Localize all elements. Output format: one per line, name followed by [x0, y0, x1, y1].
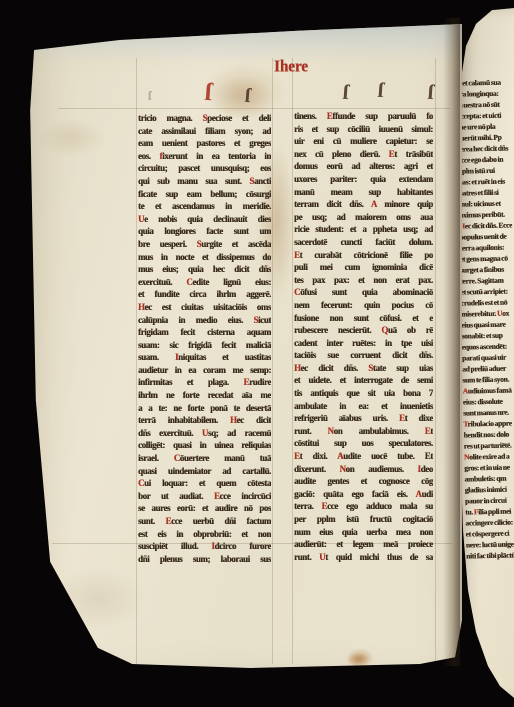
text-line: domus eorū ad alteros: agri et — [294, 160, 433, 173]
text-line: eam uenient pastores et greges — [138, 137, 271, 150]
rubricated-letter: A — [371, 199, 377, 209]
text-line: Hec est ciuitas uisitaciōis oms — [138, 301, 271, 314]
stain — [346, 648, 374, 668]
text-line: Et dixi. Audite uocē tube. Et — [294, 450, 433, 463]
text-line: ecce ego dabo in — [458, 153, 511, 165]
text-line: gros: et in uia ne — [464, 461, 514, 473]
text-line: eos. fixerunt in ea tentoria in — [138, 150, 271, 163]
text-line: taciōis sue corruent dicit dñs. — [294, 349, 433, 362]
ascender-flourish: ſ — [427, 82, 434, 103]
text-line: sacerdotē cuncti faciūt dolum. — [294, 236, 433, 249]
rubricated-letter: C — [186, 277, 192, 287]
ruling-line — [136, 58, 137, 664]
rubricated-letter: A — [463, 386, 468, 395]
rubricated-letter: E — [214, 491, 220, 501]
rubricated-letter: U — [138, 214, 144, 224]
text-line: infirmitas et plaga. Erudire — [138, 376, 271, 389]
text-line: est eis in obprobriū: et non — [138, 528, 271, 541]
text-line: refrigeriū aīabus uris. Et dixe — [294, 412, 433, 425]
text-line: puli mei cum ignominia dicē — [294, 261, 433, 274]
text-line: bor ut audiat. Ecce incircūci — [138, 490, 271, 503]
rubricated-letter: N — [464, 452, 469, 461]
rubricated-letter: Q — [381, 325, 388, 335]
rubricated-letter: U — [497, 309, 502, 318]
text-line: ris et sup cōciliū iuuenū simul: — [294, 123, 433, 136]
text-line: nem fecerunt: quin pocius cō — [294, 299, 433, 312]
text-line: bre uesperi. Surgite et ascēda — [138, 238, 271, 251]
rubricated-letter: S — [202, 113, 207, 123]
ruling-line — [272, 58, 273, 664]
text-line: nas: et ruēt in eis — [458, 175, 511, 187]
rubricated-letter: E — [294, 451, 300, 461]
rubricated-letter: S — [368, 363, 373, 373]
rubricated-letter: I — [418, 464, 421, 474]
text-line: tis antiquis que sit uia bona 7 — [294, 387, 433, 400]
rubricated-letter: I — [175, 352, 178, 362]
rubricated-letter: S — [249, 176, 254, 186]
text-line: audite gentes et cognosce cōg — [294, 475, 433, 488]
manuscript-page: Ihere ſ ſ ſ ſ ſ ſ tricio magna. Speciose… — [28, 24, 462, 692]
text-line: et fundite circa ihrlm aggerē. — [138, 288, 271, 301]
text-line: dñi plenus sum; laboraui sus — [138, 553, 271, 566]
text-line: frigidam fecit cisterna aquam — [138, 326, 271, 339]
ascender-flourish: ſ — [342, 82, 349, 103]
rubricated-letter: C — [138, 478, 144, 488]
rubricated-letter: C — [294, 287, 300, 297]
text-line: suam. Iniquitas et uastitas — [138, 351, 271, 364]
ascender-flourish: ſ — [244, 86, 251, 106]
rubricated-letter: E — [294, 250, 300, 260]
text-line: tes pax pax: et non erat pax. — [294, 274, 433, 287]
text-line: fusione non sunt cōfusi. et e — [294, 312, 433, 325]
text-line: et uidete. et interrogate de semi — [294, 374, 433, 387]
rubricated-letter: A — [337, 451, 343, 461]
text-line: runt. Ut quid michi thus de sa — [294, 551, 433, 564]
rubricated-letter: E — [327, 111, 333, 121]
text-line: calūpnia in medio eius. Sicut — [138, 314, 271, 327]
rubricated-letter: E — [425, 426, 431, 436]
text-line: Cōfusi sunt quia abominaciō — [294, 286, 433, 299]
text-line: Hec dicit dñs. State sup uias — [294, 362, 433, 375]
rubricated-letter: H — [294, 363, 301, 373]
text-line: audietur in ea coram me semp: — [138, 364, 271, 377]
text-line: Et curabāt cōtricionē filie po — [294, 249, 433, 262]
rubricated-letter: E — [244, 377, 250, 387]
text-line: populus uenit de — [459, 230, 512, 242]
pen-trial-mark: ſ — [148, 88, 152, 104]
text-line: tinens. Effunde sup paruulū fo — [294, 110, 433, 123]
text-line: runt. Non ambulabimus. Et — [294, 425, 433, 438]
text-line: israel. Cōuertere manū tuā — [138, 452, 271, 465]
rubricated-letter: S — [253, 315, 258, 325]
rubricated-letter: H — [230, 415, 237, 425]
rubricated-letter: U — [319, 552, 325, 562]
rubricated-letter: T — [463, 419, 467, 428]
text-line: per pplm istū fructū cogitaciō — [294, 513, 433, 526]
text-line: cate assimilaui filiam syon; ad — [138, 125, 271, 138]
text-line: niti fac tibi plāctū — [466, 549, 514, 561]
text-line: colligēt: quasi in uinea reliquias — [138, 439, 271, 452]
text-line: cadent inter ruētes: in tpe uisi — [294, 337, 433, 350]
text-line: manū meam sup habitantes — [294, 186, 433, 199]
rubricated-letter: E — [322, 501, 328, 511]
rubricated-letter: F — [474, 507, 478, 516]
manuscript-photo: ss: et calamū suarra longinqua:ta uestra… — [0, 0, 514, 707]
rubricated-letter: A — [416, 489, 422, 499]
rubricated-letter: I — [211, 541, 214, 551]
ruling-line — [435, 58, 436, 664]
text-line: equos ascendēt: — [462, 340, 514, 352]
decorated-initial-ascender: ſ — [204, 80, 213, 105]
rubricated-letter: N — [328, 426, 334, 436]
rubricated-letter: f — [160, 151, 163, 161]
text-line: mus in nocte et dissipemus do — [138, 251, 271, 264]
text-line: cōstitui sup uos speculatores. — [294, 437, 433, 450]
text-line: ihrlm ne forte recedat aīa me — [138, 389, 271, 402]
text-line: circuitu; pascet unusquisq; eos — [138, 162, 271, 175]
text-line: ricie student: et a ppheta usq; ad — [294, 223, 433, 236]
text-line: dixerunt. Non audiemus. Ideo — [294, 463, 433, 476]
text-line: pe usq; ad maiorem oms aua — [294, 211, 433, 224]
text-line: suam: sic frigidā fecit maliciā — [138, 339, 271, 352]
text-line: terram dicit dñs. A minore quip — [294, 198, 433, 211]
text-line: ficate sup eam bellum; cōsurgi — [138, 188, 271, 201]
text-line: Audiuimus famā — [462, 384, 514, 396]
rubricated-letter: S — [197, 239, 202, 249]
ruling-line — [58, 108, 450, 109]
text-line: exercituū. Cedite lignū eius: — [138, 276, 271, 289]
text-line: terrā inhabitabilem. Hec dicit — [138, 414, 271, 427]
running-title: Ihere — [274, 58, 308, 78]
text-column-right: tinens. Effunde sup paruulū foris et sup… — [294, 110, 433, 566]
text-line: gaciō: quāta ego faciā eis. Audi — [294, 488, 433, 501]
text-line: audierūt: et legem meā proiece — [294, 538, 433, 551]
text-line: mus eius; quia hec dicit dñs — [138, 263, 271, 276]
text-line: sunt. Ecce uerbū dñi factum — [138, 515, 271, 528]
text-line: uir eni cū muliere capietur: se — [294, 135, 433, 148]
text-line: suscipiēt illud. Idcirco furore — [138, 540, 271, 553]
text-line: Ue nobis quia declinauit dies — [138, 213, 271, 226]
text-line: quasi uindemiator ad cartallū. — [138, 465, 271, 478]
text-line: quia longiores facte sunt um — [138, 225, 271, 238]
text-line: num eius quia uerba mea non — [294, 526, 433, 539]
text-line: gladius inimici — [465, 483, 514, 495]
text-line: rubescere nescierūt. Quā ob rē — [294, 324, 433, 337]
text-line: uxores pariter: quia extendam — [294, 173, 433, 186]
text-line: terra. Ecce ego adduco mala su — [294, 500, 433, 513]
text-column-left: tricio magna. Speciose et delicate assim… — [138, 112, 271, 568]
text-line: nex cū pleno dierū. Et trāsibūt — [294, 148, 433, 161]
text-line: dñs exercituū. Usq; ad racemū — [138, 427, 271, 440]
ascender-flourish: ſ — [377, 80, 384, 101]
rubricated-letter: N — [339, 464, 345, 474]
text-line: qui sub manu sua sunt. Sancti — [138, 175, 271, 188]
rubricated-letter: C — [174, 453, 180, 463]
text-line: a a te: ne forte ponā te desertā — [138, 402, 271, 415]
rubricated-letter: E — [389, 149, 395, 159]
text-line: se aures eorū: et audire nō pos — [138, 502, 271, 515]
text-line: tricio magna. Speciose et deli — [138, 112, 271, 125]
rubricated-letter: E — [399, 413, 405, 423]
rubricated-letter: H — [138, 302, 145, 312]
facing-page-text-column: ss: et calamū suarra longinqua:ta uestra… — [456, 65, 514, 562]
rubricated-letter: E — [166, 516, 172, 526]
text-line: miserebitur. Uox — [461, 307, 514, 319]
text-line: et gens magna cō — [460, 252, 513, 264]
ruling-line — [292, 58, 293, 664]
rubricated-letter: U — [202, 428, 208, 438]
gutter-shadow — [443, 18, 460, 666]
text-line: Cui loquar: et quem cōtesta — [138, 477, 271, 490]
text-line: te et ascendamus in meridie. — [138, 200, 271, 213]
text-line: ambulate in ea: et inuenietis — [294, 400, 433, 413]
